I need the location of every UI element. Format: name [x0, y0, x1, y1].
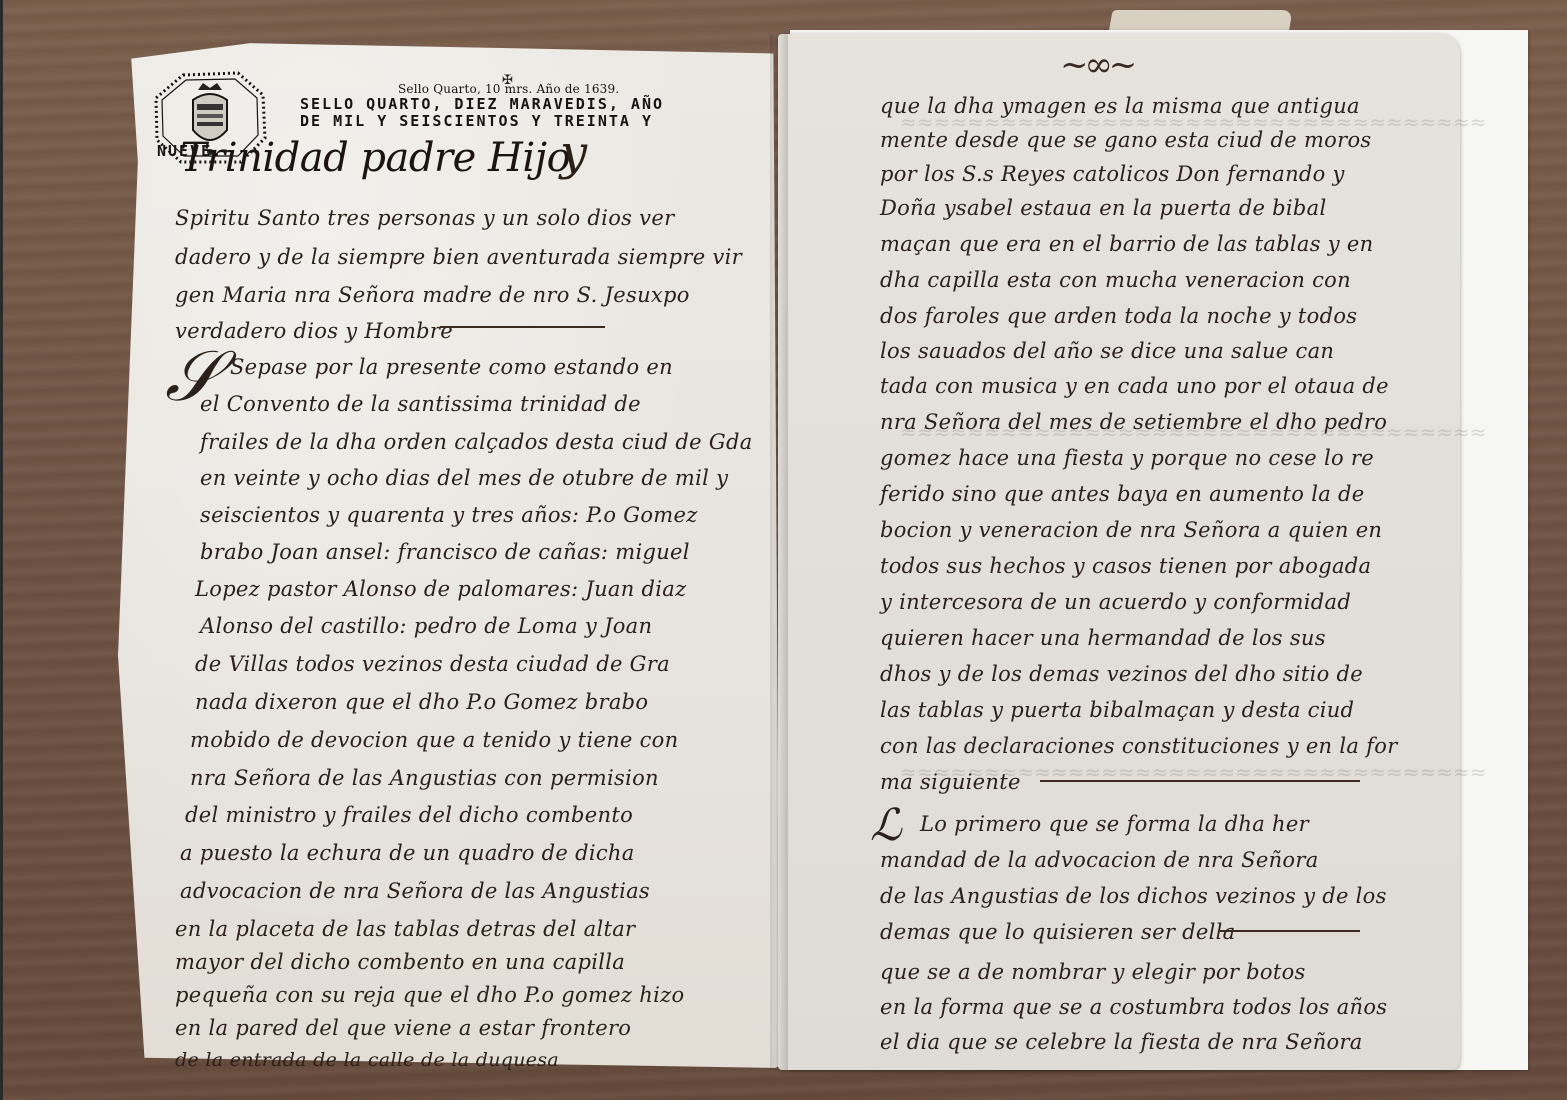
manuscript-line: en la pared del que viene a estar fronte… [175, 1016, 631, 1040]
manuscript-line: el Convento de la santissima trinidad de [200, 392, 641, 416]
manuscript-line: Doña ysabel estaua en la puerta de bibal [880, 196, 1327, 220]
manuscript-line: en veinte y ocho dias del mes de otubre … [200, 466, 728, 490]
manuscript-line: con las declaraciones constituciones y e… [880, 734, 1398, 758]
manuscript-line: frailes de la dha orden calçados desta c… [200, 430, 753, 454]
manuscript-line: Spiritu Santo tres personas y un solo di… [175, 206, 674, 230]
manuscript-line: ferido sino que antes baya en aumento la… [880, 482, 1365, 506]
manuscript-line: seiscientos y quarenta y tres años: P.o … [200, 503, 698, 527]
title-flourish: y [560, 125, 587, 181]
manuscript-line: a puesto la echura de un quadro de dicha [180, 841, 635, 865]
manuscript-line: nra Señora de las Angustias con permisio… [190, 766, 659, 790]
line-filler-rule [1220, 930, 1360, 932]
manuscript-line: del ministro y frailes del dicho combent… [185, 803, 633, 827]
manuscript-line: y intercesora de un acuerdo y conformida… [880, 590, 1351, 614]
manuscript-line: maçan que era en el barrio de las tablas… [880, 232, 1374, 256]
manuscript-line: que se a de nombrar y elegir por botos [880, 960, 1306, 984]
manuscript-line: el dia que se celebre la fiesta de nra S… [880, 1030, 1363, 1054]
stamp-year-line: Sello Quarto, 10 mrs. Año de 1639. [270, 82, 710, 96]
manuscript-line: los sauados del año se dice una salue ca… [880, 339, 1334, 363]
manuscript-line: dadero y de la siempre bien aventurada s… [175, 245, 742, 269]
manuscript-line: gen Maria nra Señora madre de nro S. Jes… [175, 283, 690, 307]
manuscript-line: mente desde que se gano esta ciud de mor… [880, 128, 1371, 152]
line-filler-rule [1040, 780, 1360, 782]
manuscript-line: de Villas todos vezinos desta ciudad de … [195, 652, 670, 676]
manuscript-line: las tablas y puerta bibalmaçan y desta c… [880, 698, 1354, 722]
manuscript-line: nada dixeron que el dho P.o Gomez brabo [195, 690, 648, 714]
manuscript-line: Lopez pastor Alonso de palomares: Juan d… [195, 577, 686, 601]
manuscript-line: mandad de la advocacion de nra Señora [880, 848, 1319, 872]
manuscript-line: tada con musica y en cada uno por el ota… [880, 374, 1389, 398]
book-gutter [770, 34, 788, 1070]
manuscript-line: demas que lo quisieren ser della [880, 920, 1235, 944]
manuscript-line: bocion y veneracion de nra Señora a quie… [880, 518, 1382, 542]
manuscript-line: de las Angustias de los dichos vezinos y… [880, 884, 1387, 908]
stamp-line: DE MIL Y SEISCIENTOS Y TREINTA Y [270, 113, 710, 130]
manuscript-line: dos faroles que arden toda la noche y to… [880, 304, 1357, 328]
manuscript-line: gomez hace una fiesta y porque no cese l… [880, 446, 1374, 470]
manuscript-line: quieren hacer una hermandad de los sus [880, 626, 1326, 650]
manuscript-line: nra Señora del mes de setiembre el dho p… [880, 410, 1387, 434]
manuscript-line: pequeña con su reja que el dho P.o gomez… [175, 983, 684, 1007]
manuscript-line: en la forma que se a costumbra todos los… [880, 995, 1387, 1019]
manuscript-line: ma siguiente [880, 770, 1021, 794]
calligraphic-flourish-icon: ~∞~ [1060, 45, 1133, 85]
document-title: Trinidad padre Hijo [180, 135, 570, 181]
manuscript-line: por los S.s Reyes catolicos Don fernando… [880, 162, 1345, 186]
decorated-initial-L: ℒ [870, 800, 902, 851]
stamped-paper-header: Sello Quarto, 10 mrs. Año de 1639. SELLO… [270, 82, 710, 130]
manuscript-line: brabo Joan ansel: francisco de cañas: mi… [200, 540, 690, 564]
line-filler-rule [440, 326, 605, 328]
manuscript-line: de la entrada de la calle de la duquesa [175, 1049, 559, 1071]
table-edge [0, 0, 3, 1100]
manuscript-line: mobido de devocion que a tenido y tiene … [190, 728, 678, 752]
manuscript-line: Alonso del castillo: pedro de Loma y Joa… [200, 614, 652, 638]
right-page [778, 34, 1460, 1070]
manuscript-line: Lo primero que se forma la dha her [920, 812, 1309, 836]
manuscript-line: Sepase por la presente como estando en [230, 355, 673, 379]
manuscript-line: que la dha ymagen es la misma que antigu… [880, 94, 1360, 118]
manuscript-line: mayor del dicho combento en una capilla [175, 950, 625, 974]
manuscript-line: dhos y de los demas vezinos del dho siti… [880, 662, 1363, 686]
manuscript-line: todos sus hechos y casos tienen por abog… [880, 554, 1371, 578]
manuscript-line: advocacion de nra Señora de las Angustia… [180, 879, 650, 903]
manuscript-line: en la placeta de las tablas detras del a… [175, 917, 635, 941]
stamp-line: SELLO QUARTO, DIEZ MARAVEDIS, AÑO [270, 96, 710, 113]
manuscript-line: dha capilla esta con mucha veneracion co… [880, 268, 1351, 292]
